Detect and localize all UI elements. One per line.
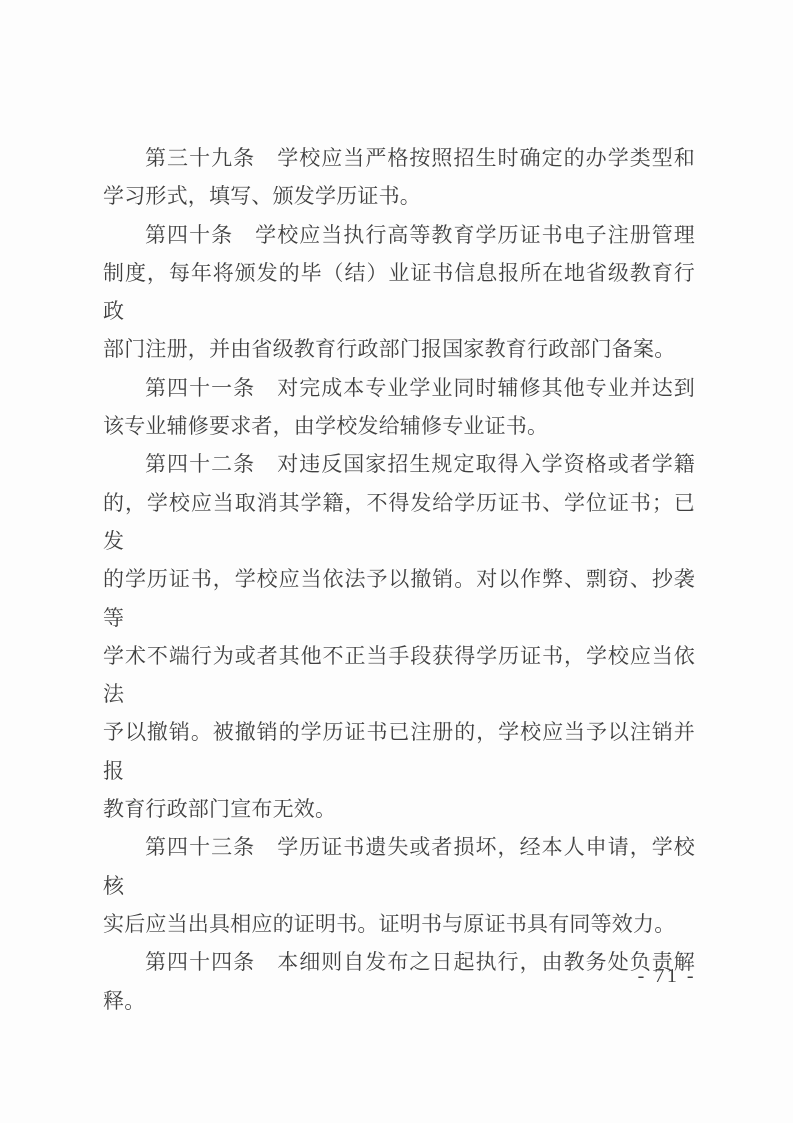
paragraph-article-3: 第四十一条 对完成本专业学业同时辅修其他专业并达到该专业辅修要求者，由学校发给辅… <box>103 369 695 446</box>
document-line: 部门注册，并由省级教育行政部门报国家教育行政部门备案。 <box>103 330 695 368</box>
paragraph-article-2: 第四十条 学校应当执行高等教育学历证书电子注册管理制度，每年将颁发的毕（结）业证… <box>103 216 695 369</box>
document-line: 教育行政部门宣布无效。 <box>103 790 695 828</box>
document-line: 第三十九条 学校应当严格按照招生时确定的办学类型和 <box>103 139 695 177</box>
document-line: 学术不端行为或者其他不正当手段获得学历证书，学校应当依法 <box>103 637 695 714</box>
document-line: 予以撤销。被撤销的学历证书已注册的，学校应当予以注销并报 <box>103 713 695 790</box>
document-line: 学习形式，填写、颁发学历证书。 <box>103 177 695 215</box>
document-line: 实后应当出具相应的证明书。证明书与原证书具有同等效力。 <box>103 905 695 943</box>
paragraph-article-5: 第四十三条 学历证书遗失或者损坏，经本人申请，学校核实后应当出具相应的证明书。证… <box>103 828 695 943</box>
document-line: 第四十一条 对完成本专业学业同时辅修其他专业并达到 <box>103 369 695 407</box>
document-line: 该专业辅修要求者，由学校发给辅修专业证书。 <box>103 407 695 445</box>
paragraph-article-6: 第四十四条 本细则自发布之日起执行，由教务处负责解释。 <box>103 943 695 1020</box>
document-body: 第三十九条 学校应当严格按照招生时确定的办学类型和学习形式，填写、颁发学历证书。… <box>103 139 695 1020</box>
document-line: 第四十四条 本细则自发布之日起执行，由教务处负责解 <box>103 943 695 981</box>
document-line: 第四十条 学校应当执行高等教育学历证书电子注册管理 <box>103 216 695 254</box>
paragraph-article-4: 第四十二条 对违反国家招生规定取得入学资格或者学籍的，学校应当取消其学籍，不得发… <box>103 445 695 828</box>
document-line: 的学历证书，学校应当依法予以撤销。对以作弊、剽窃、抄袭等 <box>103 560 695 637</box>
document-line: 制度，每年将颁发的毕（结）业证书信息报所在地省级教育行政 <box>103 254 695 331</box>
document-line: 第四十二条 对违反国家招生规定取得入学资格或者学籍 <box>103 445 695 483</box>
document-line: 释。 <box>103 982 695 1020</box>
document-page: 第三十九条 学校应当严格按照招生时确定的办学类型和学习形式，填写、颁发学历证书。… <box>0 0 793 1123</box>
document-line: 第四十三条 学历证书遗失或者损坏，经本人申请，学校核 <box>103 828 695 905</box>
page-number: - 71 - <box>638 965 696 988</box>
document-line: 的，学校应当取消其学籍，不得发给学历证书、学位证书；已发 <box>103 484 695 561</box>
paragraph-article-1: 第三十九条 学校应当严格按照招生时确定的办学类型和学习形式，填写、颁发学历证书。 <box>103 139 695 216</box>
